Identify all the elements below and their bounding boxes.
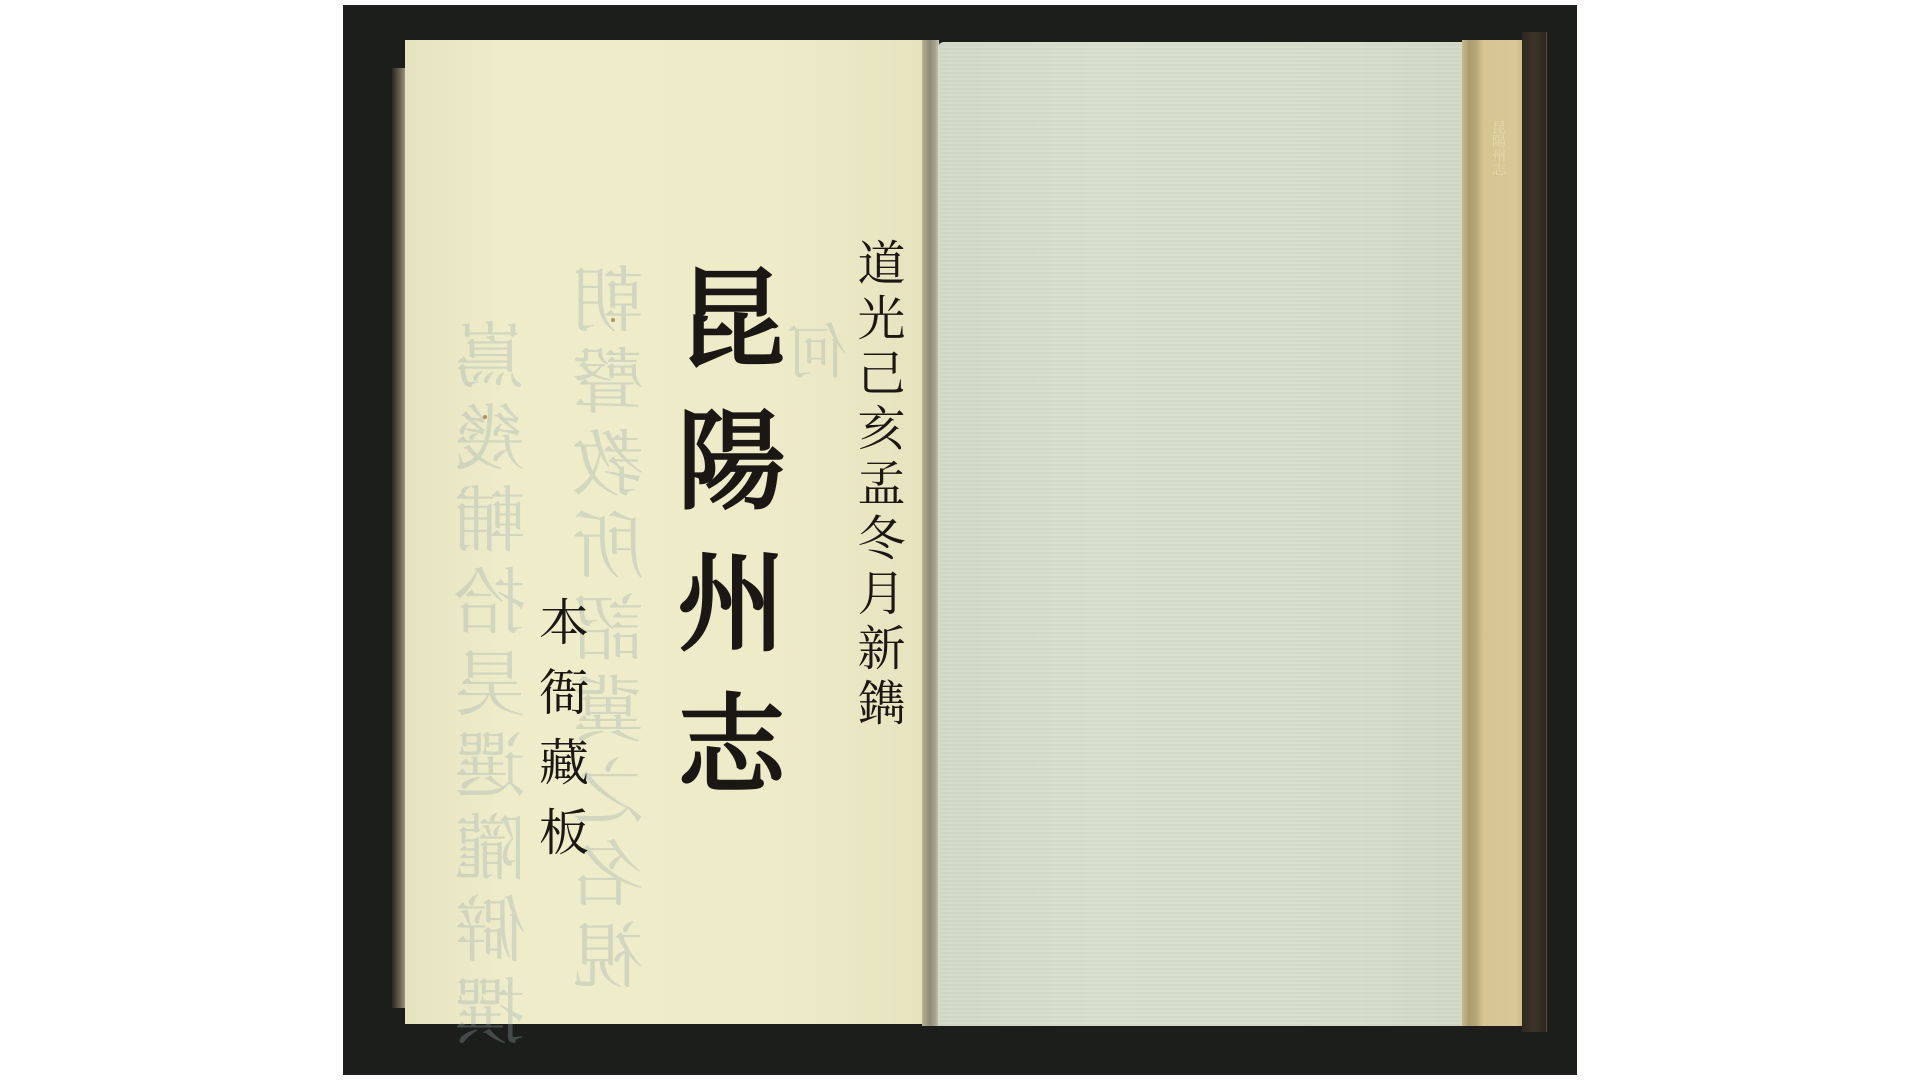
edition-date-line: 道光己亥孟冬月新鐫	[853, 238, 901, 733]
book-title: 昆陽州志	[668, 262, 776, 830]
page-fore-edge	[1462, 40, 1522, 1026]
publisher-line: 本衙藏板	[535, 596, 585, 876]
bleed-through-column-3: 何	[792, 320, 852, 390]
paper-spot	[611, 318, 615, 322]
book-cover-edge	[1522, 32, 1547, 1032]
book-gutter	[922, 40, 939, 1026]
fore-edge-mark: 昆陽州志	[1494, 120, 1508, 320]
right-page	[938, 42, 1462, 1026]
page-stack-left-edge	[392, 68, 406, 1008]
paper-spot	[483, 415, 487, 419]
bleed-through-column-2: 嶌幾輔拾昊選隴僻撰	[460, 318, 532, 1056]
